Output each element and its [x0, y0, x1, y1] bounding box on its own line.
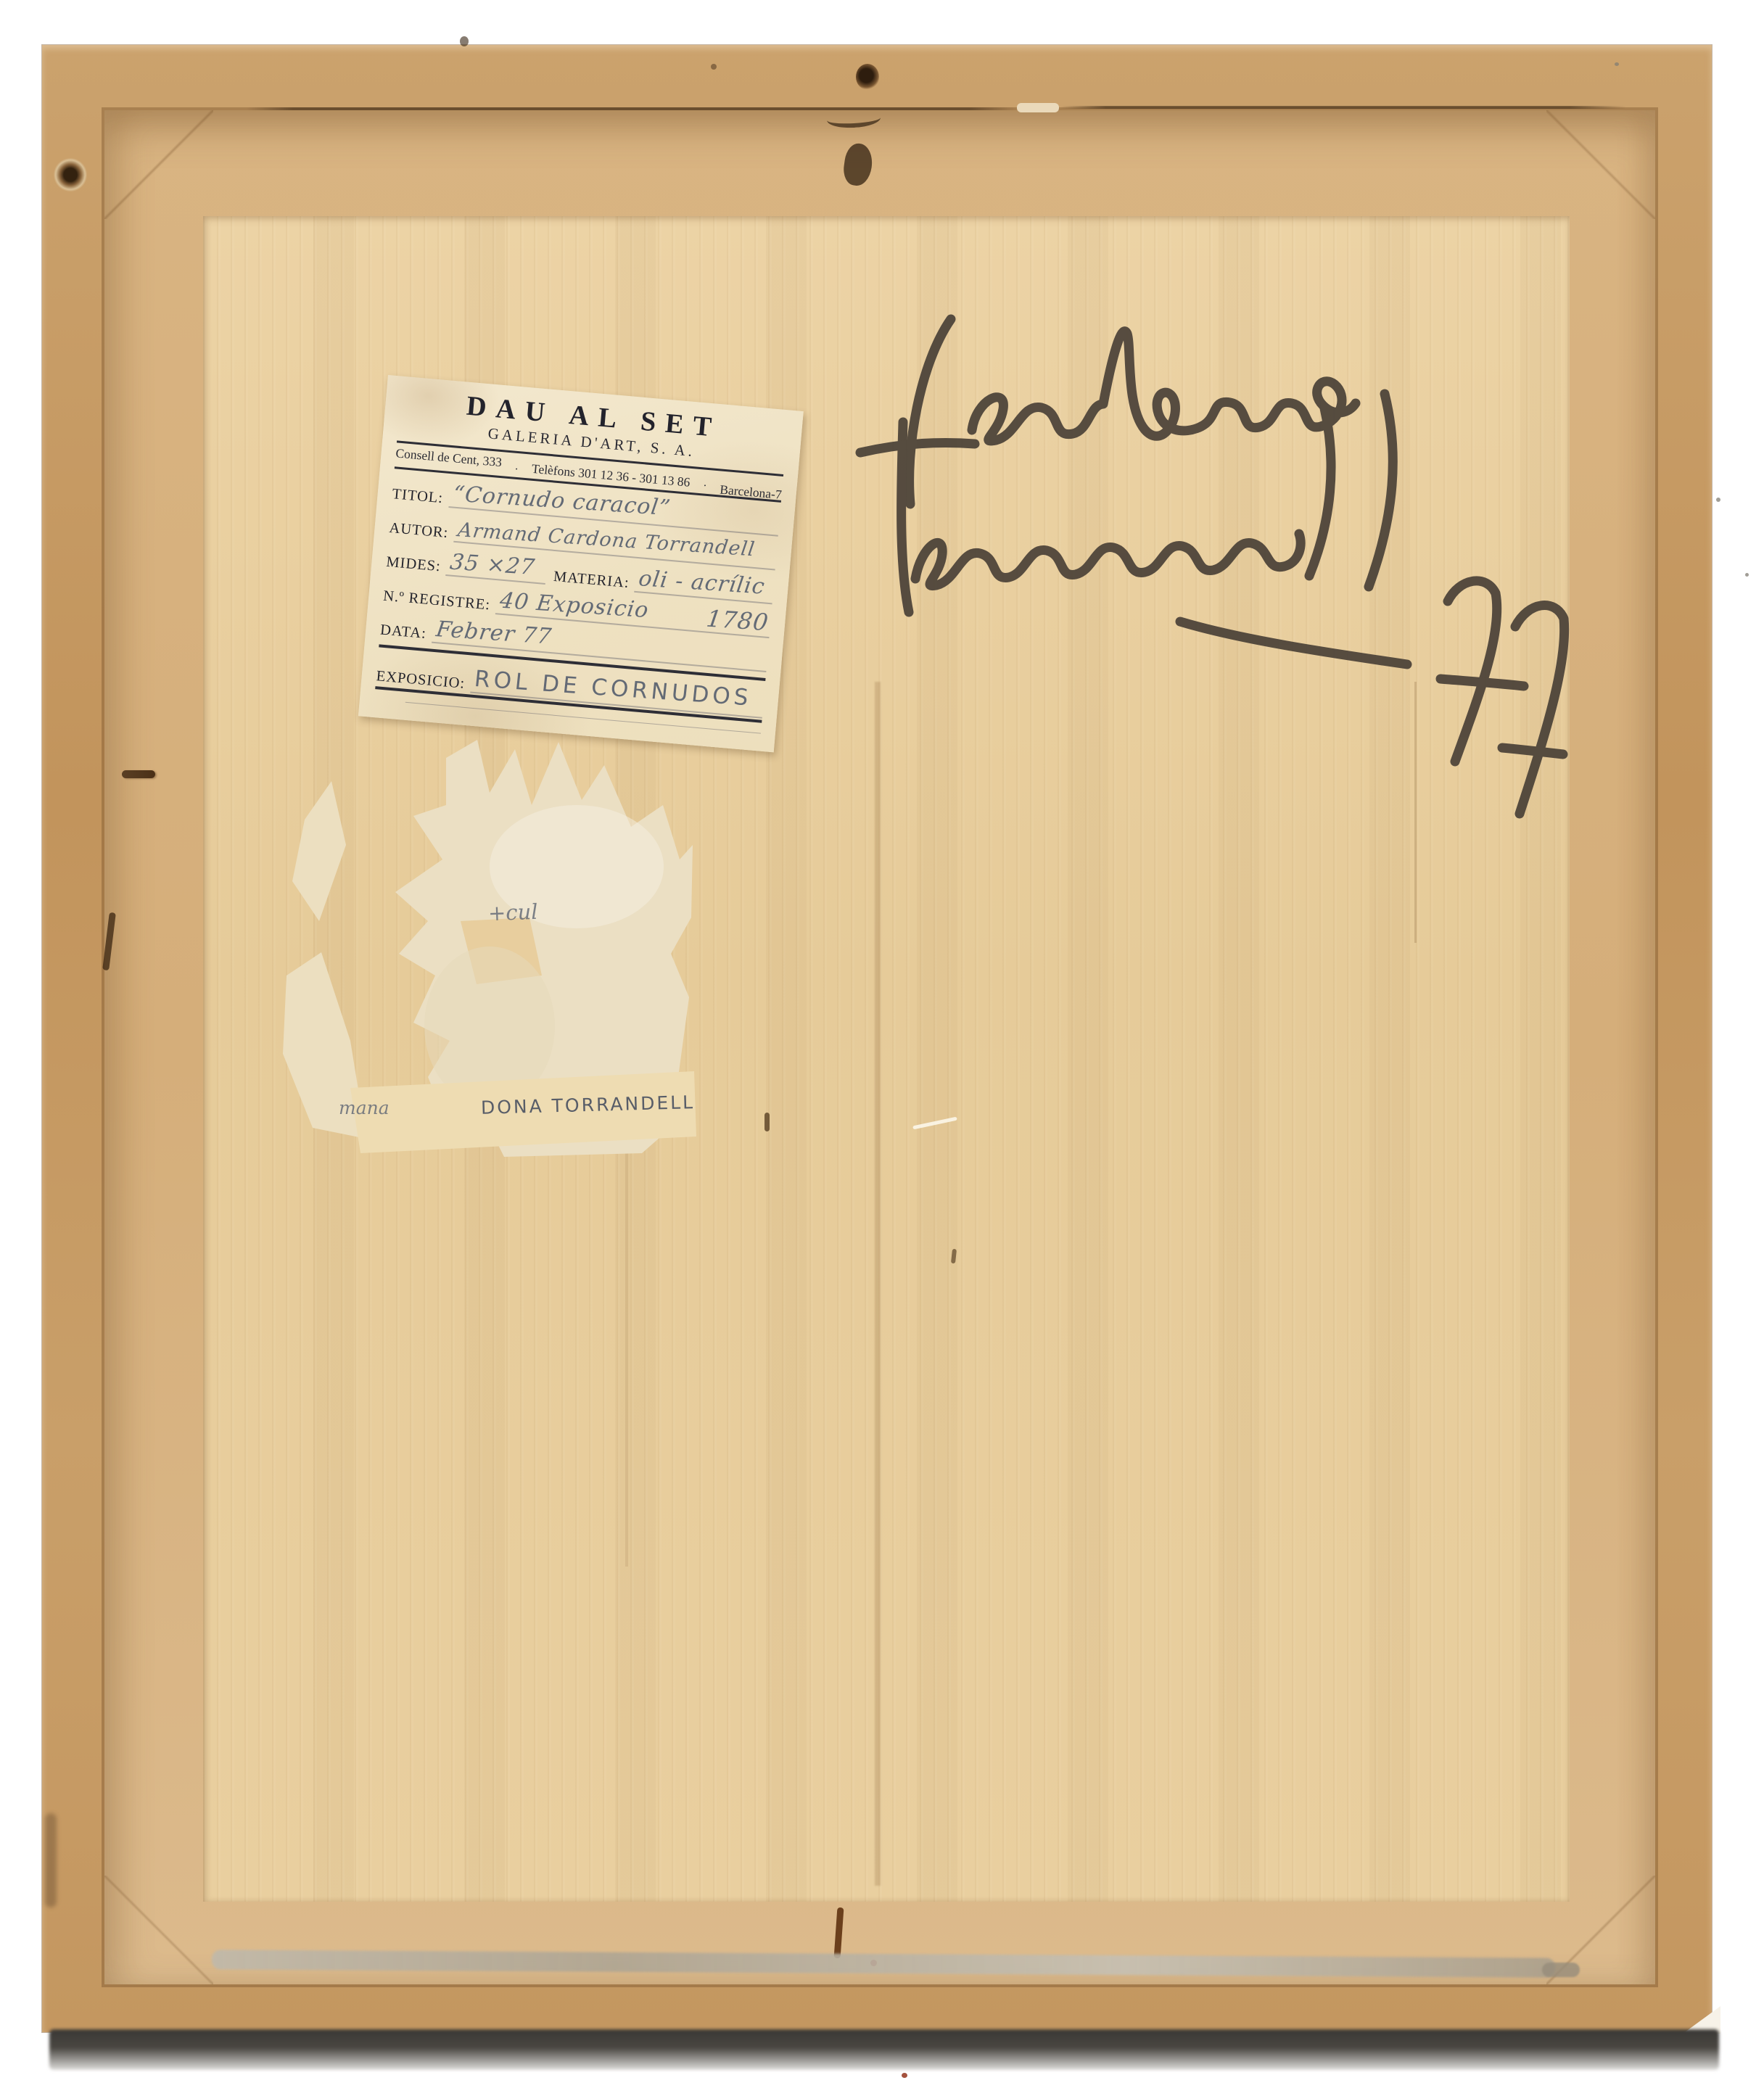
- torn-label-remnant: +cul mana DONA TORRANDELL: [265, 736, 700, 1164]
- wood-fleck: [764, 1113, 770, 1131]
- separator-dot: ·: [514, 463, 519, 477]
- frame-shadow: [49, 2029, 1719, 2070]
- torn-label-fragment: mana: [339, 1097, 390, 1118]
- signature-year-seven-crossbar: [1502, 748, 1563, 754]
- field-label-data: DATA:: [379, 622, 432, 643]
- signature-year-seven: [1515, 606, 1565, 814]
- field-value-data: Febrer 77: [434, 619, 553, 648]
- mitre-joint-top-left: [104, 110, 213, 219]
- artist-signature: [834, 254, 1632, 870]
- smudge: [45, 1813, 57, 1907]
- dust-speck: [1716, 498, 1720, 502]
- screw-hole: [54, 158, 87, 191]
- signature-year-seven: [1448, 581, 1497, 762]
- photo-artwork-back: +cul mana DONA TORRANDELL DAU AL SET GAL…: [0, 0, 1764, 2083]
- signature-torrandell-t-crossbar: [860, 443, 975, 453]
- torn-label-fragment: +cul: [487, 899, 538, 925]
- signature-word-torrandell: [915, 534, 1301, 586]
- mitre-joint-bottom-left: [104, 1876, 213, 1984]
- mitre-joint-top-right: [1546, 110, 1655, 219]
- signature-year-seven-crossbar: [1441, 679, 1524, 686]
- field-value-mides: 35 ×27: [449, 551, 537, 579]
- frame-chip: [1017, 103, 1059, 112]
- nail-hole: [856, 64, 879, 90]
- signature-ll-stroke: [1309, 408, 1331, 576]
- separator-dot: ·: [702, 479, 707, 492]
- dust-speck: [1745, 573, 1749, 577]
- signature-ll-stroke: [1369, 394, 1393, 587]
- frame-crack-line: [1060, 106, 1626, 109]
- signature-strokes: [834, 254, 1632, 870]
- torn-paper-shard: [292, 781, 346, 921]
- dust-speck: [1615, 62, 1619, 66]
- signature-dash: [1180, 622, 1407, 664]
- frame-nick: [711, 64, 717, 70]
- dust-seam: [1542, 1963, 1580, 1977]
- signature-word-cardona: [972, 331, 1356, 441]
- frame-nick: [460, 36, 469, 46]
- nail-mark: [122, 770, 155, 778]
- red-dust-speck: [902, 2073, 907, 2078]
- field-value-registre-number: 1780: [705, 607, 770, 634]
- frame-crack-line: [247, 107, 1015, 110]
- gallery-label: DAU AL SET GALERIA D'ART, S. A. Consell …: [358, 375, 804, 752]
- signature-initial-stroke: [910, 319, 951, 504]
